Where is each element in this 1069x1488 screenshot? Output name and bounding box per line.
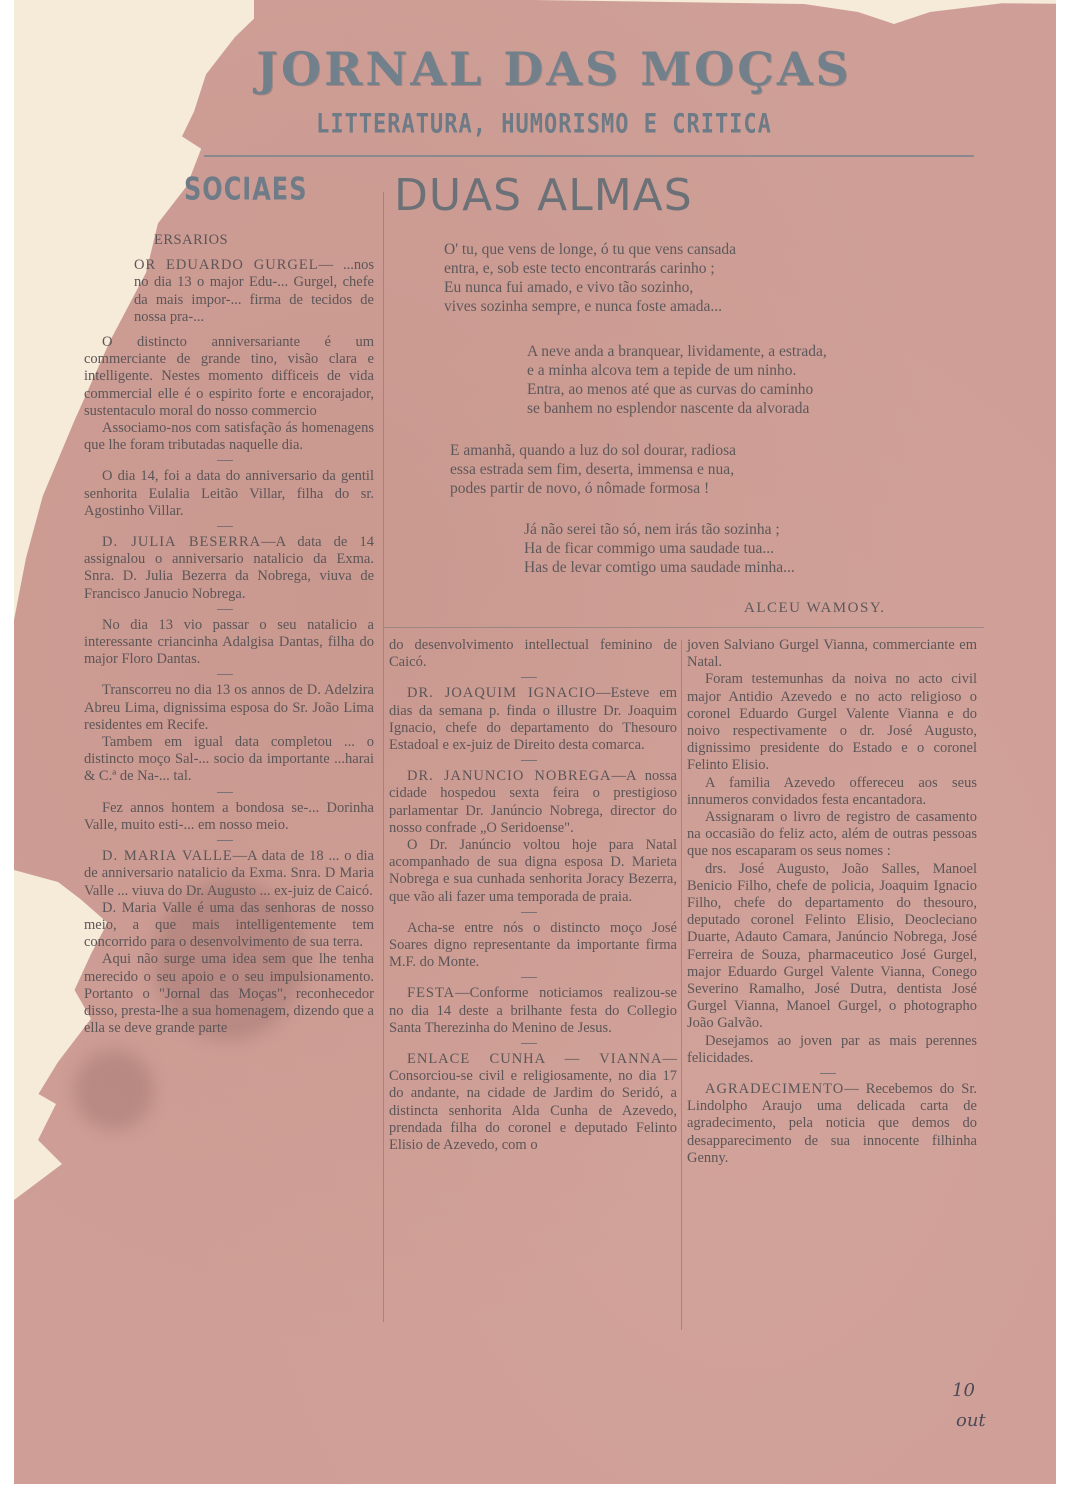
poem-line: Eu nunca fui amado, e vivo tão sozinho,	[444, 278, 736, 297]
article-julia-beserra: D. JULIA BESERRA—A data de 14 assignalou…	[84, 534, 374, 603]
poem-stanza-3: E amanhã, quando a luz do sol dourar, ra…	[450, 441, 736, 498]
column-divider	[681, 640, 682, 1330]
article-januncio-nobrega: DR. JANUNCIO NOBREGA—A nossa cidade hosp…	[389, 768, 677, 837]
separator	[84, 834, 374, 848]
article-heading: DR. JANUNCIO NOBREGA	[407, 768, 612, 784]
article-paragraph: Tambem em igual data completou ... o dis…	[84, 734, 374, 786]
poem-line: Já não serei tão só, nem irás tão sozinh…	[524, 520, 795, 539]
poem-line: A neve anda a branquear, lividamente, a …	[527, 342, 827, 361]
article-heading: OR EDUARDO GURGEL—	[134, 257, 334, 273]
poem-stanza-4: Já não serei tão só, nem irás tão sozinh…	[524, 520, 795, 577]
separator	[389, 906, 677, 920]
poem-line: Ha de ficar commigo uma saudade tua...	[524, 539, 795, 558]
article-paragraph: No dia 13 vio passar o seu natalicio a i…	[84, 617, 374, 669]
article-paragraph: Associamo-nos com satisfação ás homenage…	[84, 420, 374, 454]
article-heading: FESTA	[407, 985, 455, 1001]
separator	[389, 971, 677, 985]
article-paragraph: Foram testemunhas da noiva no acto civil…	[687, 671, 977, 774]
article-enlace-cunha-vianna: ENLACE CUNHA — VIANNA—Consorciou-se civi…	[389, 1051, 677, 1154]
separator	[84, 454, 374, 468]
masthead-rule	[204, 155, 974, 157]
masthead-title: JORNAL DAS MOÇAS	[244, 42, 864, 96]
separator	[84, 520, 374, 534]
article-joaquim-ignacio: DR. JOAQUIM IGNACIO—Esteve em dias da se…	[389, 685, 677, 754]
article-maria-valle: D. MARIA VALLE—A data de 18 ... o dia de…	[84, 848, 374, 900]
article-festa: FESTA—Conforme noticiamos realizou-se no…	[389, 985, 677, 1037]
separator	[389, 1037, 677, 1051]
right-column: joven Salviano Gurgel Vianna, commercian…	[687, 637, 977, 1167]
poem-bottom-rule	[384, 627, 984, 628]
article-paragraph: joven Salviano Gurgel Vianna, commercian…	[687, 637, 977, 671]
newspaper-page: JORNAL DAS MOÇAS LITTERATURA, HUMORISMO …	[14, 0, 1056, 1484]
poem-line: E amanhã, quando a luz do sol dourar, ra…	[450, 441, 736, 460]
water-stain	[74, 1050, 154, 1130]
poem-line: essa estrada sem fim, deserta, immensa e…	[450, 460, 736, 479]
middle-column: do desenvolvimento intellectual feminino…	[389, 637, 677, 1154]
poem-stanza-1: O' tu, que vens de longe, ó tu que vens …	[444, 240, 736, 316]
separator	[84, 668, 374, 682]
article-paragraph: Acha-se entre nós o distincto moço José …	[389, 920, 677, 972]
article-paragraph: Aqui não surge uma idea sem que lhe tenh…	[84, 951, 374, 1037]
column-divider	[383, 192, 384, 1322]
article-paragraph: Fez annos hontem a bondosa se-... Dorinh…	[84, 800, 374, 834]
article-paragraph: drs. José Augusto, João Salles, Manoel B…	[687, 861, 977, 1033]
poem-title: DUAS ALMAS	[394, 170, 693, 221]
section-title-sociaes: SOCIAES	[184, 171, 307, 207]
article-heading: AGRADECIMENTO	[705, 1081, 844, 1097]
separator	[687, 1067, 977, 1081]
article-eduardo-gurgel: OR EDUARDO GURGEL— ...nos no dia 13 o ma…	[84, 257, 374, 326]
article-agradecimento: AGRADECIMENTO— Recebemos do Sr. Lindolph…	[687, 1081, 977, 1167]
poem-line: e a minha alcova tem a tepide de um ninh…	[527, 361, 827, 380]
handwritten-note-month: out	[956, 1410, 986, 1431]
poem-line: podes partir de novo, ó nômade formosa !	[450, 479, 736, 498]
article-paragraph: Desejamos ao joven par as mais perennes …	[687, 1033, 977, 1067]
poem-line: entra, e, sob este tecto encontrarás car…	[444, 259, 736, 278]
article-heading: D. JULIA BESERRA	[102, 534, 261, 550]
article-heading: DR. JOAQUIM IGNACIO	[407, 685, 596, 701]
masthead-subtitle: LITTERATURA, HUMORISMO E CRITICA	[264, 110, 824, 140]
article-paragraph: O Dr. Janúncio voltou hoje para Natal ac…	[389, 837, 677, 906]
article-paragraph: O dia 14, foi a data do anniversario da …	[84, 468, 374, 520]
poem-stanza-2: A neve anda a branquear, lividamente, a …	[527, 342, 827, 418]
handwritten-note-number: 10	[952, 1380, 975, 1401]
separator	[84, 786, 374, 800]
separator	[84, 603, 374, 617]
poem-line: se banhem no esplendor nascente da alvor…	[527, 399, 827, 418]
torn-area-top	[174, 0, 1056, 40]
article-paragraph: Assignaram o livro de registro de casame…	[687, 809, 977, 861]
article-heading: D. MARIA VALLE	[102, 848, 233, 864]
article-paragraph: Transcorreu no dia 13 os annos de D. Ade…	[84, 682, 374, 734]
poem-line: Has de levar comtigo uma saudade minha..…	[524, 558, 795, 577]
left-column: ERSARIOS OR EDUARDO GURGEL— ...nos no di…	[84, 228, 374, 1037]
torn-area-left-lower	[14, 1080, 74, 1200]
poem-line: Entra, ao menos até que as curvas do cam…	[527, 380, 827, 399]
poem-author: ALCEU WAMOSY.	[744, 600, 885, 617]
article-paragraph: A familia Azevedo offereceu aos seus inn…	[687, 775, 977, 809]
article-heading: ENLACE CUNHA — VIANNA	[407, 1051, 663, 1067]
separator	[389, 671, 677, 685]
poem-line: vives sozinha sempre, e nunca foste amad…	[444, 297, 736, 316]
article-paragraph: O distincto anniversariante é um commerc…	[84, 334, 374, 420]
article-paragraph: D. Maria Valle é uma das senhoras de nos…	[84, 900, 374, 952]
subsection-heading: ERSARIOS	[154, 232, 374, 249]
separator	[389, 754, 677, 768]
article-paragraph: do desenvolvimento intellectual feminino…	[389, 637, 677, 671]
poem-line: O' tu, que vens de longe, ó tu que vens …	[444, 240, 736, 259]
